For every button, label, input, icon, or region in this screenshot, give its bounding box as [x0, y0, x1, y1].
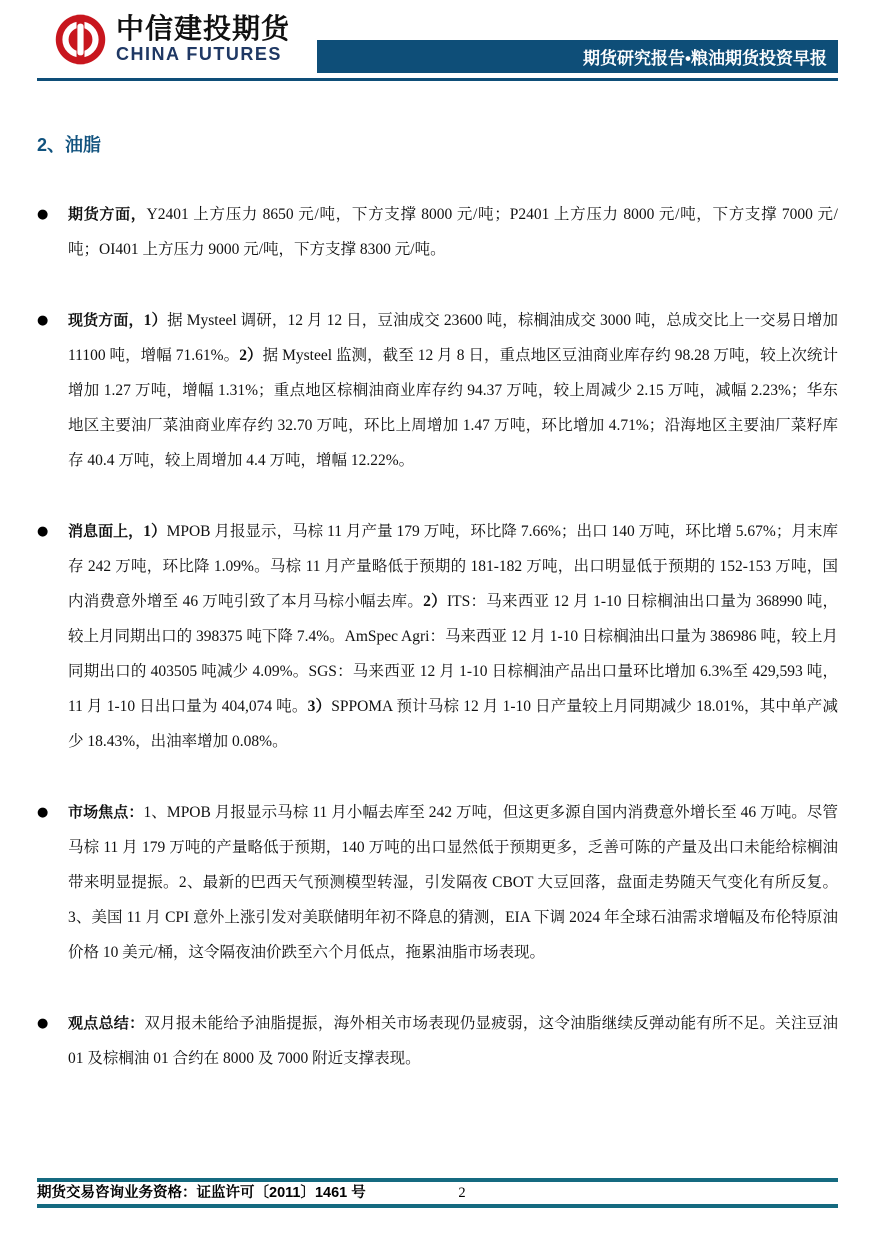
text-segment: 消息面上， — [68, 523, 143, 540]
bullet-text: 市场焦点：1、MPOB 月报显示马棕 11 月小幅去库至 242 万吨，但这更多… — [68, 795, 838, 970]
text-segment: 双月报未能给予油脂提振，海外相关市场表现仍显疲弱，这令油脂继续反弹动能有所不足。… — [68, 1015, 838, 1067]
text-segment: 期货方面， — [68, 206, 147, 223]
bullet-icon: ● — [37, 303, 68, 478]
logo-en-name: CHINA FUTURES — [116, 44, 290, 65]
text-segment: 1） — [144, 312, 168, 329]
company-logo: 中信建投期货 CHINA FUTURES — [54, 13, 290, 66]
bullet-item: ●观点总结：双月报未能给予油脂提振，海外相关市场表现仍显疲弱，这令油脂继续反弹动… — [37, 1006, 838, 1076]
bullet-icon: ● — [37, 514, 68, 759]
bullet-item: ●消息面上，1）MPOB 月报显示，马棕 11 月产量 179 万吨，环比降 7… — [37, 514, 838, 759]
text-segment: 据 Mysteel 监测，截至 12 月 8 日，重点地区豆油商业库存约 98.… — [68, 347, 838, 469]
text-segment: Y2401 上方压力 8650 元/吨，下方支撑 8000 元/吨；P2401 … — [68, 206, 838, 258]
text-segment: 现货方面， — [68, 312, 144, 329]
bullet-text: 期货方面，Y2401 上方压力 8650 元/吨，下方支撑 8000 元/吨；P… — [68, 197, 838, 267]
text-segment: 3） — [308, 698, 332, 715]
citic-logo-icon — [54, 13, 107, 66]
logo-cn-name: 中信建投期货 — [116, 14, 290, 44]
bullet-icon: ● — [37, 795, 68, 970]
report-banner-title: 期货研究报告•粮油期货投资早报 — [583, 44, 827, 69]
text-segment: 1、MPOB 月报显示马棕 11 月小幅去库至 242 万吨，但这更多源自国内消… — [68, 804, 838, 961]
text-segment: 1） — [143, 523, 166, 540]
report-page: { "header": { "logo_cn": "中信建投期货", "logo… — [0, 0, 889, 1247]
bullet-icon: ● — [37, 197, 68, 267]
bullet-text: 观点总结：双月报未能给予油脂提振，海外相关市场表现仍显疲弱，这令油脂继续反弹动能… — [68, 1006, 838, 1076]
footer-rule-bottom — [37, 1204, 838, 1208]
section-title: 2、油脂 — [37, 133, 838, 157]
text-segment: 观点总结： — [68, 1015, 144, 1032]
text-segment: 市场焦点： — [68, 804, 143, 821]
text-segment: 2） — [239, 347, 262, 364]
bullet-list: ●期货方面，Y2401 上方压力 8650 元/吨，下方支撑 8000 元/吨；… — [37, 197, 838, 1076]
bullet-icon: ● — [37, 1006, 68, 1076]
page-number: 2 — [452, 1183, 472, 1203]
logo-text: 中信建投期货 CHINA FUTURES — [116, 14, 290, 65]
bullet-item: ●现货方面，1）据 Mysteel 调研，12 月 12 日，豆油成交 2360… — [37, 303, 838, 478]
footer-qualification: 期货交易咨询业务资格：证监许可〔2011〕1461 号 — [37, 1183, 366, 1203]
text-segment: ITS：马来西亚 12 月 1-10 日棕榈油出口量为 368990 吨，较上月… — [68, 593, 838, 715]
bullet-text: 消息面上，1）MPOB 月报显示，马棕 11 月产量 179 万吨，环比降 7.… — [68, 514, 838, 759]
bullet-item: ●期货方面，Y2401 上方压力 8650 元/吨，下方支撑 8000 元/吨；… — [37, 197, 838, 267]
report-banner: 期货研究报告•粮油期货投资早报 — [317, 40, 838, 73]
bullet-text: 现货方面，1）据 Mysteel 调研，12 月 12 日，豆油成交 23600… — [68, 303, 838, 478]
report-body: 2、油脂 ●期货方面，Y2401 上方压力 8650 元/吨，下方支撑 8000… — [37, 133, 838, 1112]
header-rule — [37, 78, 838, 81]
footer-rule-top — [37, 1178, 838, 1182]
bullet-item: ●市场焦点：1、MPOB 月报显示马棕 11 月小幅去库至 242 万吨，但这更… — [37, 795, 838, 970]
text-segment: 2） — [423, 593, 447, 610]
